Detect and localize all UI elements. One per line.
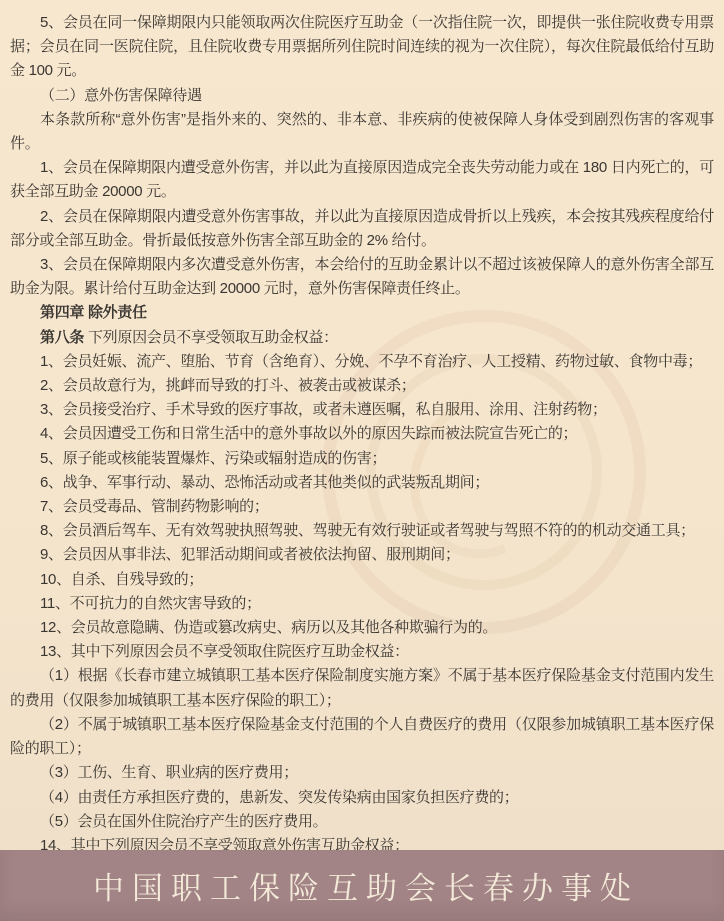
paragraph-3: 本条款所称“意外伤害”是指外来的、突然的、非本意、非疾病的使被保障人身体受到剧烈… — [10, 108, 714, 156]
paragraph-7: 第四章 除外责任 — [10, 301, 714, 325]
paragraph-5: 2、会员在保障期限内遭受意外伤害事故，并以此为直接原因造成骨折以上残疾，本会按其… — [10, 205, 714, 253]
paragraph-13: 5、原子能或核能装置爆炸、污染或辐射造成的伤害； — [10, 447, 714, 471]
paragraph-19: 11、不可抗力的自然灾害导致的； — [10, 592, 714, 616]
paragraph-6: 3、会员在保障期限内多次遭受意外伤害，本会给付的互助金累计以不超过该被保障人的意… — [10, 253, 714, 301]
footer-title: 中国职工保险互助会长春办事处 — [85, 863, 639, 908]
footer-banner: 中国职工保险互助会长春办事处 — [0, 850, 724, 921]
paragraph-17: 9、会员因从事非法、犯罪活动期间或者被依法拘留、服刑期间； — [10, 543, 714, 567]
paragraph-8: 第八条 下列原因会员不享受领取互助金权益： — [10, 326, 714, 350]
paragraph-12: 4、会员因遭受工伤和日常生活中的意外事故以外的原因失踪而被法院宣告死亡的； — [10, 422, 714, 446]
paragraph-9: 1、会员妊娠、流产、堕胎、节育（含绝育）、分娩、不孕不育治疗、人工授精、药物过敏… — [10, 350, 714, 374]
paragraph-4: 1、会员在保障期限内遭受意外伤害，并以此为直接原因造成完全丧失劳动能力或在 18… — [10, 156, 714, 204]
paragraph-11: 3、会员接受治疗、手术导致的医疗事故，或者未遵医嘱，私自服用、涂用、注射药物； — [10, 398, 714, 422]
paragraph-26: （5）会员在国外住院治疗产生的医疗费用。 — [10, 810, 714, 834]
paragraph-1: 5、会员在同一保障期限内只能领取两次住院医疗互助金（一次指住院一次，即提供一张住… — [10, 11, 714, 84]
paragraph-2: （二）意外伤害保障待遇 — [10, 84, 714, 108]
paragraph-20: 12、会员故意隐瞒、伪造或篡改病史、病历以及其他各种欺骗行为的。 — [10, 616, 714, 640]
paragraph-10: 2、会员故意行为，挑衅而导致的打斗、被袭击或被谋杀； — [10, 374, 714, 398]
paragraph-24: （3）工伤、生育、职业病的医疗费用； — [10, 761, 714, 785]
paragraph-18: 10、自杀、自残导致的； — [10, 568, 714, 592]
document-page: 5、会员在同一保障期限内只能领取两次住院医疗互助金（一次指住院一次，即提供一张住… — [0, 0, 724, 921]
paragraph-25: （4）由责任方承担医疗费的，患新发、突发传染病由国家负担医疗费的； — [10, 786, 714, 810]
paragraph-23: （2）不属于城镇职工基本医疗保险基金支付范围的个人自费医疗的费用（仅限参加城镇职… — [10, 713, 714, 761]
paragraph-15: 7、会员受毒品、管制药物影响的； — [10, 495, 714, 519]
paragraph-21: 13、其中下列原因会员不享受领取住院医疗互助金权益： — [10, 640, 714, 664]
paragraph-22: （1）根据《长春市建立城镇职工基本医疗保险制度实施方案》不属于基本医疗保险基金支… — [10, 664, 714, 712]
paragraph-27: 14、其中下列原因会员不享受领取意外伤害互助金权益： — [10, 834, 714, 850]
clause-number: 第八条 — [40, 329, 84, 346]
paragraph-14: 6、战争、军事行动、暴动、恐怖活动或者其他类似的武装叛乱期间； — [10, 471, 714, 495]
paragraph-16: 8、会员酒后驾车、无有效驾驶执照驾驶、驾驶无有效行驶证或者驾驶与驾照不符的的机动… — [10, 519, 714, 543]
document-body: 5、会员在同一保障期限内只能领取两次住院医疗互助金（一次指住院一次，即提供一张住… — [0, 0, 724, 850]
